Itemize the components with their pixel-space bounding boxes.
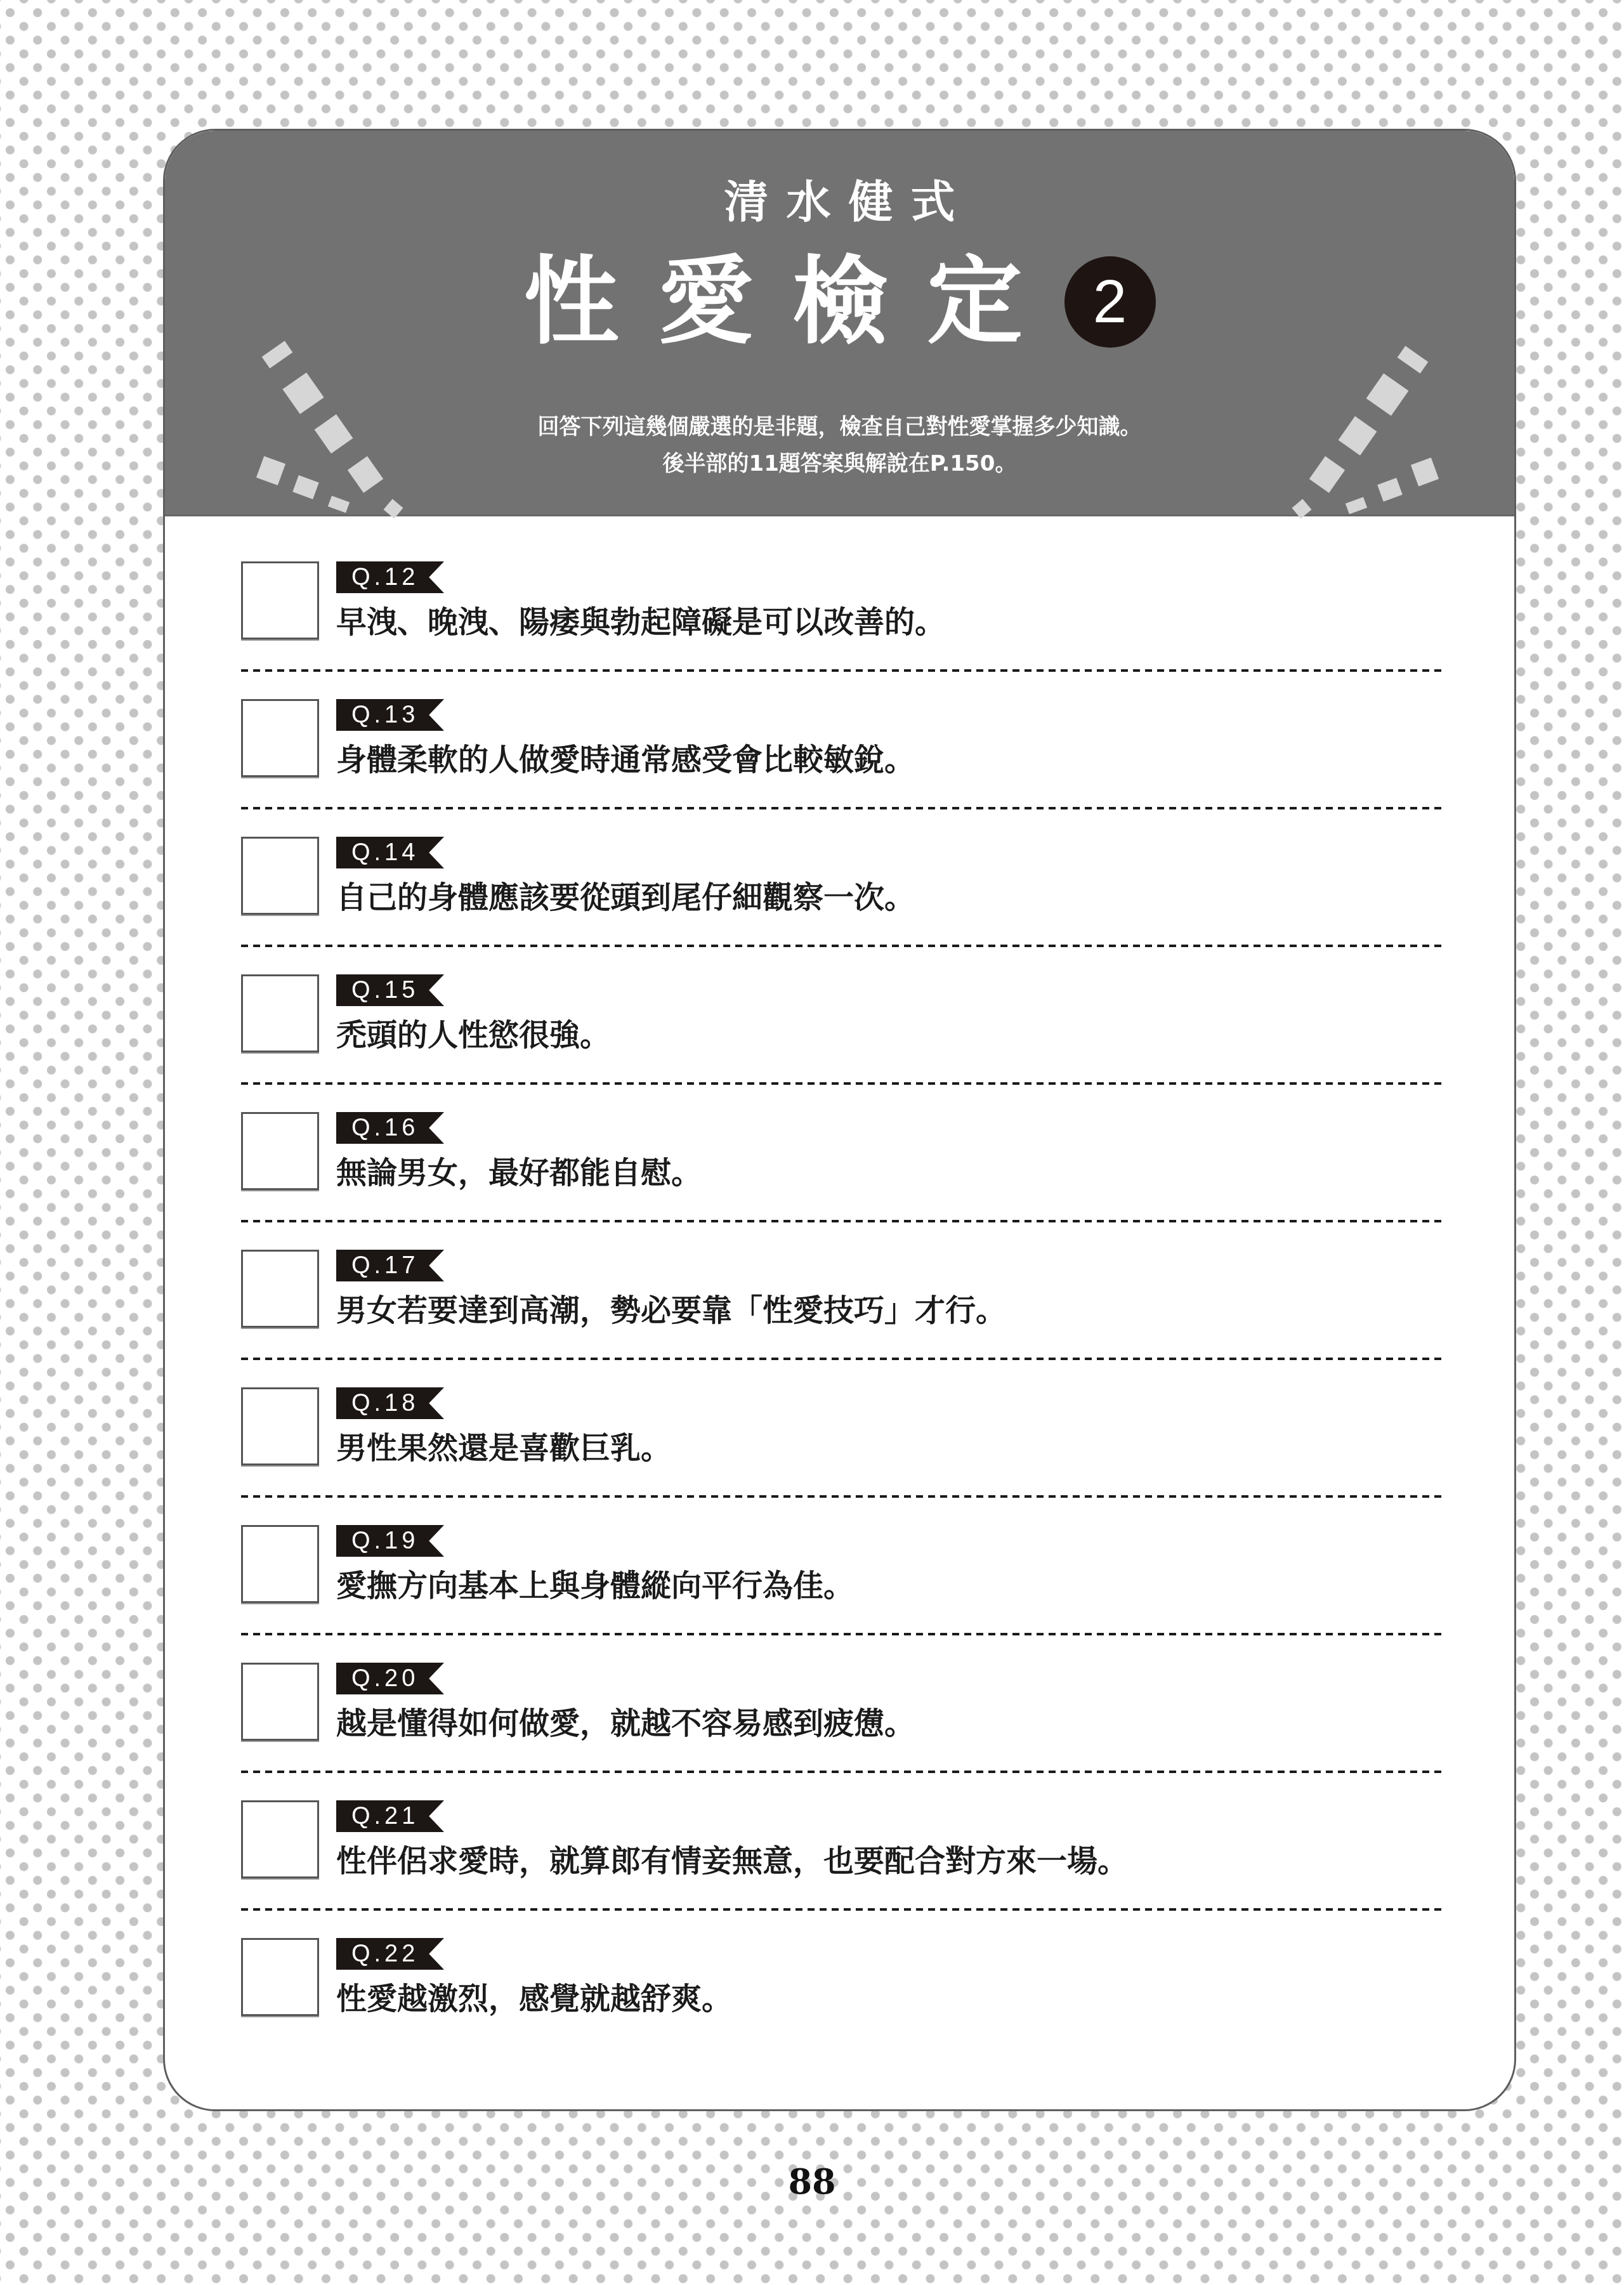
question-item: Q.15 禿頭的人性慾很強。 [241,974,1442,1112]
question-text: 男性果然還是喜歡巨乳。 [336,1429,671,1467]
answer-checkbox[interactable] [241,1800,319,1878]
answer-checkbox[interactable] [241,1938,319,2016]
question-item: Q.16 無論男女，最好都能自慰。 [241,1112,1442,1250]
question-text: 性愛越激烈，感覺就越舒爽。 [336,1980,732,2018]
dashed-divider [241,1358,1442,1360]
question-item: Q.14 自己的身體應該要從頭到尾仔細觀察一次。 [241,837,1442,974]
answer-checkbox[interactable] [241,974,319,1052]
question-item: Q.18 男性果然還是喜歡巨乳。 [241,1387,1442,1525]
dashed-divider [241,807,1442,809]
page-number: 88 [0,2164,1624,2199]
question-item: Q.17 男女若要達到高潮，勢必要靠「性愛技巧」才行。 [241,1250,1442,1387]
question-text: 愛撫方向基本上與身體縱向平行為佳。 [336,1567,854,1605]
part-number-badge: 2 [1064,256,1156,348]
question-number-tag: Q.15 [336,974,444,1006]
quiz-subtitle: 清水健式 [165,180,1514,225]
dashed-divider [241,1771,1442,1773]
dashed-divider [241,669,1442,672]
answer-checkbox[interactable] [241,1112,319,1190]
answer-checkbox[interactable] [241,1663,319,1741]
question-text: 男女若要達到高潮，勢必要靠「性愛技巧」才行。 [336,1292,1006,1330]
answer-checkbox[interactable] [241,561,319,639]
dashed-divider [241,1495,1442,1498]
question-text: 身體柔軟的人做愛時通常感受會比較敏銳。 [336,741,915,779]
question-item: Q.13 身體柔軟的人做愛時通常感受會比較敏銳。 [241,699,1442,837]
question-text: 自己的身體應該要從頭到尾仔細觀察一次。 [336,879,915,917]
question-number-tag: Q.14 [336,837,444,868]
quiz-title: 性愛檢定 [523,254,1061,350]
quiz-card: 清水健式 性愛檢定 2 回答下列這幾個嚴選的是非題，檢查自己對性愛掌握多少知識。… [163,129,1516,2111]
dashed-divider [241,1908,1442,1911]
question-text: 越是懂得如何做愛，就越不容易感到疲憊。 [336,1705,915,1743]
answer-checkbox[interactable] [241,1525,319,1603]
question-text: 性伴侶求愛時，就算郎有情妾無意，也要配合對方來一場。 [336,1842,1128,1880]
question-item: Q.19 愛撫方向基本上與身體縱向平行為佳。 [241,1525,1442,1663]
question-item: Q.12 早洩、晚洩、陽痿與勃起障礙是可以改善的。 [241,561,1442,699]
question-number-tag: Q.21 [336,1800,444,1832]
question-number-tag: Q.18 [336,1387,444,1419]
answer-checkbox[interactable] [241,699,319,777]
question-item: Q.22 性愛越激烈，感覺就越舒爽。 [241,1938,1442,2076]
question-list: Q.12 早洩、晚洩、陽痿與勃起障礙是可以改善的。 Q.13 身體柔軟的人做愛時… [241,561,1442,2076]
question-text: 無論男女，最好都能自慰。 [336,1154,702,1192]
decorative-confetti-right-icon [1277,334,1442,524]
quiz-header: 清水健式 性愛檢定 2 回答下列這幾個嚴選的是非題，檢查自己對性愛掌握多少知識。… [165,131,1514,516]
dashed-divider [241,1220,1442,1222]
question-number-tag: Q.12 [336,561,444,593]
question-number-tag: Q.13 [336,699,444,731]
answer-checkbox[interactable] [241,1387,319,1465]
question-number-tag: Q.20 [336,1663,444,1694]
question-text: 禿頭的人性慾很強。 [336,1016,610,1054]
question-number-tag: Q.17 [336,1250,444,1281]
question-item: Q.20 越是懂得如何做愛，就越不容易感到疲憊。 [241,1663,1442,1800]
dashed-divider [241,1082,1442,1085]
question-item: Q.21 性伴侶求愛時，就算郎有情妾無意，也要配合對方來一場。 [241,1800,1442,1938]
answer-checkbox[interactable] [241,837,319,915]
dashed-divider [241,1633,1442,1635]
question-number-tag: Q.16 [336,1112,444,1144]
question-text: 早洩、晚洩、陽痿與勃起障礙是可以改善的。 [336,603,945,641]
question-number-tag: Q.22 [336,1938,444,1970]
question-number-tag: Q.19 [336,1525,444,1557]
dashed-divider [241,945,1442,947]
answer-checkbox[interactable] [241,1250,319,1328]
